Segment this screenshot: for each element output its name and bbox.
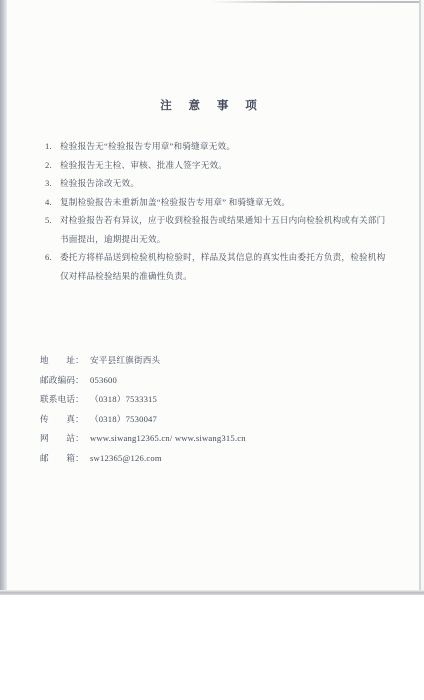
page-title: 注 意 事 项 xyxy=(0,0,424,113)
notice-item-6: 6. 委托方将样品送到检验机构检验时，样品及其信息的真实性由委托方负责，检验机构… xyxy=(45,248,389,285)
notice-text: 复制检验报告未重新加盖“检验报告专用章” 和骑缝章无效。 xyxy=(60,193,389,212)
contact-value: sw12365@126.com xyxy=(90,449,380,469)
notice-number: 2. xyxy=(45,156,60,175)
contact-label: 邮 箱： xyxy=(40,449,90,469)
notice-item-3: 3. 检验报告涂改无效。 xyxy=(45,174,389,193)
scan-background: 注 意 事 项 1. 检验报告无“检验报告专用章”和骑缝章无效。 2. 检验报告… xyxy=(0,0,424,700)
contact-value: www.siwang12365.cn/ www.siwang315.cn xyxy=(90,429,380,449)
page-top-edge xyxy=(210,1,424,3)
contact-value: 安平县红旗街西头 xyxy=(90,351,380,371)
notice-item-1: 1. 检验报告无“检验报告专用章”和骑缝章无效。 xyxy=(45,137,389,156)
notice-number: 5. xyxy=(45,211,60,230)
contact-row-address: 地 址： 安平县红旗街西头 xyxy=(40,351,380,371)
notice-text: 检验报告涂改无效。 xyxy=(60,174,389,193)
notice-list: 1. 检验报告无“检验报告专用章”和骑缝章无效。 2. 检验报告无主检、审核、批… xyxy=(45,137,389,285)
contact-value: （0318）7530047 xyxy=(90,410,380,430)
contact-info-block: 地 址： 安平县红旗街西头 邮政编码： 053600 联系电话： （0318）7… xyxy=(40,351,380,468)
contact-label: 邮政编码： xyxy=(40,371,90,391)
contact-row-email: 邮 箱： sw12365@126.com xyxy=(40,449,380,469)
page-left-edge xyxy=(0,0,7,595)
notice-item-2: 2. 检验报告无主检、审核、批准人签字无效。 xyxy=(45,156,389,175)
page-bottom-edge xyxy=(0,590,424,595)
notice-text: 对检验报告若有异议，应于收到检验报告或结果通知十五日内向检验机构或有关部门书面提… xyxy=(60,211,389,248)
notice-item-4: 4. 复制检验报告未重新加盖“检验报告专用章” 和骑缝章无效。 xyxy=(45,193,389,212)
notice-item-5: 5. 对检验报告若有异议，应于收到检验报告或结果通知十五日内向检验机构或有关部门… xyxy=(45,211,389,248)
contact-label: 地 址： xyxy=(40,351,90,371)
notice-text: 检验报告无“检验报告专用章”和骑缝章无效。 xyxy=(60,137,389,156)
document-page: 注 意 事 项 1. 检验报告无“检验报告专用章”和骑缝章无效。 2. 检验报告… xyxy=(0,0,424,595)
contact-value: 053600 xyxy=(90,371,380,391)
contact-value: （0318）7533315 xyxy=(90,390,380,410)
page-right-edge xyxy=(419,0,421,592)
contact-row-fax: 传 真： （0318）7530047 xyxy=(40,410,380,430)
contact-label: 传 真： xyxy=(40,410,90,430)
notice-number: 3. xyxy=(45,174,60,193)
notice-number: 1. xyxy=(45,137,60,156)
notice-number: 4. xyxy=(45,193,60,212)
contact-row-phone: 联系电话： （0318）7533315 xyxy=(40,390,380,410)
contact-row-postcode: 邮政编码： 053600 xyxy=(40,371,380,391)
contact-label: 网 站： xyxy=(40,429,90,449)
notice-number: 6. xyxy=(45,248,60,267)
contact-label: 联系电话： xyxy=(40,390,90,410)
notice-text: 委托方将样品送到检验机构检验时，样品及其信息的真实性由委托方负责，检验机构仅对样… xyxy=(60,248,389,285)
contact-row-website: 网 站： www.siwang12365.cn/ www.siwang315.c… xyxy=(40,429,380,449)
notice-text: 检验报告无主检、审核、批准人签字无效。 xyxy=(60,156,389,175)
